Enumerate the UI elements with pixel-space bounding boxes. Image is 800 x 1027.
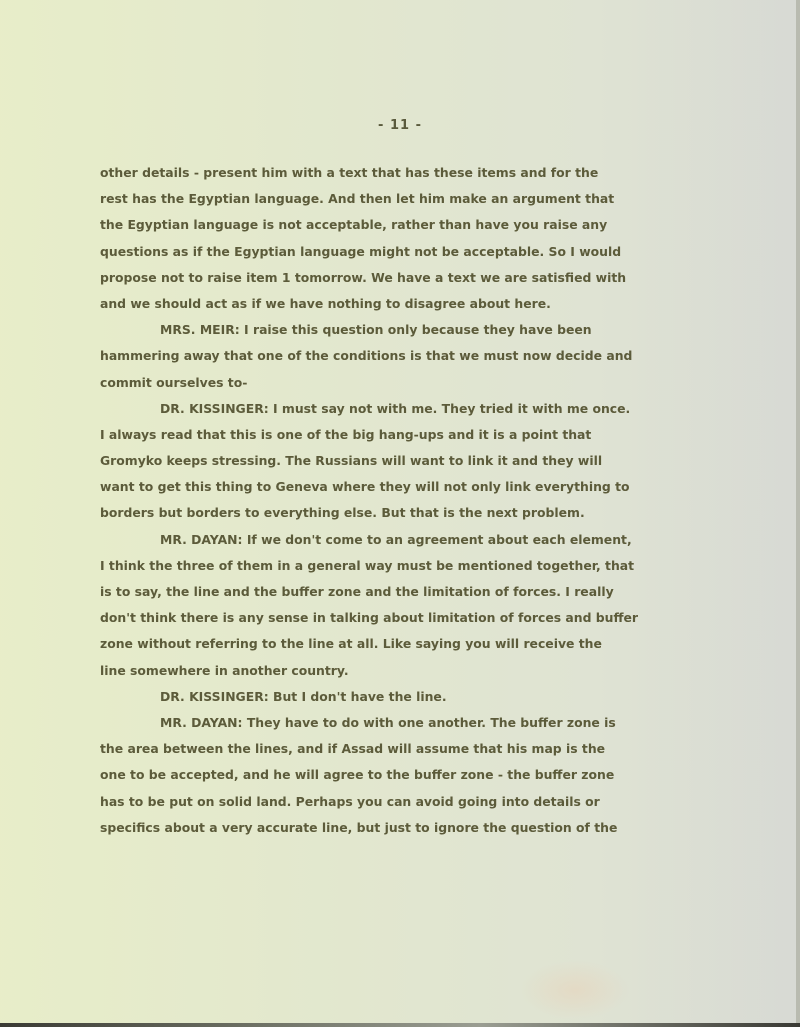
text-line: hammering away that one of the condition… bbox=[100, 343, 720, 369]
text-line: is to say, the line and the buffer zone … bbox=[100, 579, 720, 605]
speaker-line-kissinger: DR. KISSINGER: But I don't have the line… bbox=[100, 684, 720, 710]
speaker-line-meir: MRS. MEIR: I raise this question only be… bbox=[100, 317, 720, 343]
paper-stain bbox=[520, 960, 630, 1020]
text-line: commit ourselves to- bbox=[100, 370, 720, 396]
text-line: the Egyptian language is not acceptable,… bbox=[100, 212, 720, 238]
speaker-line-dayan: MR. DAYAN: If we don't come to an agreem… bbox=[100, 527, 720, 553]
text-line: borders but borders to everything else. … bbox=[100, 500, 720, 526]
text-line: I think the three of them in a general w… bbox=[100, 553, 720, 579]
text-line: one to be accepted, and he will agree to… bbox=[100, 762, 720, 788]
text-line: don't think there is any sense in talkin… bbox=[100, 605, 720, 631]
text-line: and we should act as if we have nothing … bbox=[100, 291, 720, 317]
text-line: propose not to raise item 1 tomorrow. We… bbox=[100, 265, 720, 291]
text-line: line somewhere in another country. bbox=[100, 658, 720, 684]
page-bottom-edge bbox=[0, 1023, 800, 1027]
speaker-line-kissinger: DR. KISSINGER: I must say not with me. T… bbox=[100, 396, 720, 422]
document-page: - 11 - other details - present him with … bbox=[0, 0, 800, 1027]
text-line: has to be put on solid land. Perhaps you… bbox=[100, 789, 720, 815]
transcript-body: other details - present him with a text … bbox=[100, 160, 720, 841]
text-line: other details - present him with a text … bbox=[100, 160, 720, 186]
text-line: zone without referring to the line at al… bbox=[100, 631, 720, 657]
text-line: want to get this thing to Geneva where t… bbox=[100, 474, 720, 500]
text-line: questions as if the Egyptian language mi… bbox=[100, 239, 720, 265]
text-line: the area between the lines, and if Assad… bbox=[100, 736, 720, 762]
text-line: Gromyko keeps stressing. The Russians wi… bbox=[100, 448, 720, 474]
speaker-line-dayan: MR. DAYAN: They have to do with one anot… bbox=[100, 710, 720, 736]
page-right-edge bbox=[796, 0, 800, 1027]
text-line: rest has the Egyptian language. And then… bbox=[100, 186, 720, 212]
text-line: specifics about a very accurate line, bu… bbox=[100, 815, 720, 841]
page-number: - 11 - bbox=[0, 118, 800, 133]
text-line: I always read that this is one of the bi… bbox=[100, 422, 720, 448]
